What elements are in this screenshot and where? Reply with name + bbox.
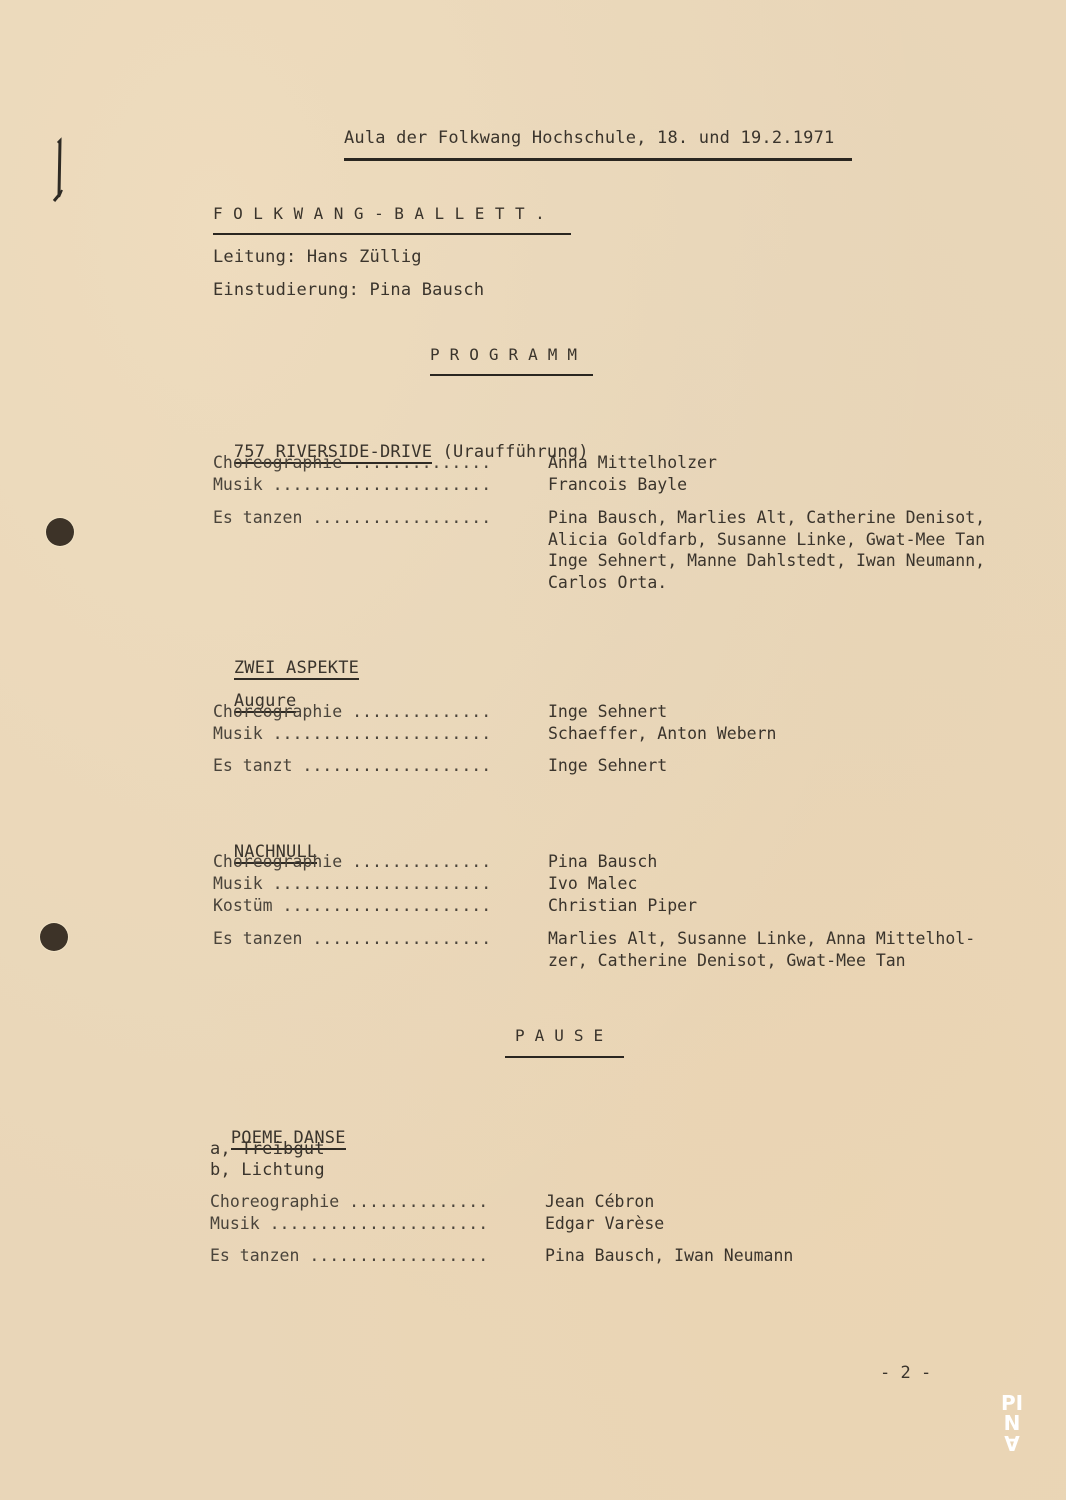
pina-logo: PI N A xyxy=(997,1393,1027,1453)
credit-value: Inge Sehnert xyxy=(548,755,667,777)
piece-part: a, Treibgut xyxy=(210,1138,325,1160)
credit-value: Christian Piper xyxy=(548,895,697,917)
company-rehearsal: Einstudierung: Pina Bausch xyxy=(213,279,484,301)
credit-value: Edgar Varèse xyxy=(545,1213,664,1235)
handwritten-bracket-mark xyxy=(44,135,74,210)
credit-value: Ivo Malec xyxy=(548,873,637,895)
credit-label: Musik ...................... xyxy=(210,1213,488,1235)
company-direction: Leitung: Hans Züllig xyxy=(213,246,422,268)
credit-label: Es tanzen .................. xyxy=(213,928,491,950)
company-name: FOLKWANG-BALLETT. xyxy=(213,203,555,225)
credit-value: Anna Mittelholzer xyxy=(548,452,717,474)
pina-logo-line2: N xyxy=(997,1413,1027,1433)
credit-value: Pina Bausch xyxy=(548,851,657,873)
punch-hole-bottom xyxy=(40,923,68,951)
credit-value: Jean Cébron xyxy=(545,1191,654,1213)
pause-rule xyxy=(505,1056,624,1058)
credit-value: Inge Sehnert xyxy=(548,701,667,723)
credit-label: Es tanzen .................. xyxy=(210,1245,488,1267)
credit-label: Musik ...................... xyxy=(213,474,491,496)
company-rule xyxy=(213,233,571,235)
credit-label: Choreographie .............. xyxy=(210,1191,488,1213)
credit-value: Pina Bausch, Marlies Alt, Catherine Deni… xyxy=(548,507,985,593)
programm-rule xyxy=(430,374,593,376)
credit-label: Musik ...................... xyxy=(213,723,491,745)
pina-logo-line1: PI xyxy=(997,1393,1027,1413)
credit-label: Choreographie .............. xyxy=(213,452,491,474)
programm-heading: PROGRAMM xyxy=(430,344,587,366)
credit-value: Francois Bayle xyxy=(548,474,687,496)
credit-label: Es tanzt ................... xyxy=(213,755,491,777)
venue-date-line: Aula der Folkwang Hochschule, 18. und 19… xyxy=(344,127,834,149)
credit-label: Kostüm ..................... xyxy=(213,895,491,917)
header-rule xyxy=(344,158,852,161)
credit-label: Musik ...................... xyxy=(213,873,491,895)
credit-label: Es tanzen .................. xyxy=(213,507,491,529)
page-number: - 2 - xyxy=(880,1363,931,1383)
credit-value: Pina Bausch, Iwan Neumann xyxy=(545,1245,793,1267)
pina-logo-line3: A xyxy=(997,1433,1027,1453)
pause-heading: PAUSE xyxy=(515,1025,613,1047)
credit-label: Choreographie .............. xyxy=(213,701,491,723)
credit-value: Marlies Alt, Susanne Linke, Anna Mittelh… xyxy=(548,928,975,971)
credit-value: Schaeffer, Anton Webern xyxy=(548,723,776,745)
credit-label: Choreographie .............. xyxy=(213,851,491,873)
punch-hole-top xyxy=(46,518,74,546)
piece-part: b, Lichtung xyxy=(210,1159,325,1181)
